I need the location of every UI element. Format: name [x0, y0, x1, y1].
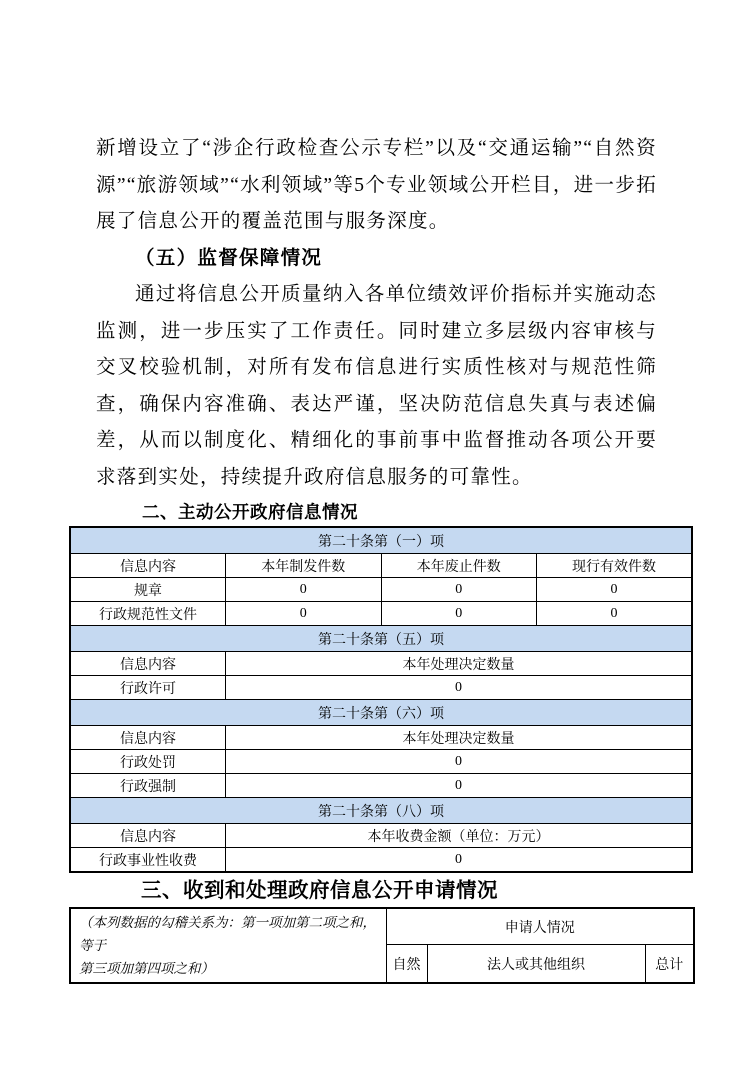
table-row: 行政规范性文件 0 0 0: [70, 602, 692, 626]
row-label-cell: 行政规范性文件: [70, 602, 226, 626]
row-label-cell: 行政处罚: [70, 750, 226, 774]
value-cell: 0: [226, 750, 693, 774]
row-label-cell: 行政强制: [70, 774, 226, 798]
column-header-cell: 本年处理决定数量: [226, 726, 693, 750]
note-line: 第三项加第四项之和）: [79, 957, 380, 980]
subheading-supervision: （五）监督保障情况: [96, 241, 657, 278]
value-cell: 0: [226, 774, 693, 798]
table-row: 第二十条第（五）项: [70, 626, 692, 652]
column-header-cell: 信息内容: [70, 824, 226, 848]
table-row: 信息内容 本年制发件数 本年废止件数 现行有效件数: [70, 554, 692, 578]
table-active-disclosure: 第二十条第（一）项 信息内容 本年制发件数 本年废止件数 现行有效件数 规章 0…: [69, 526, 693, 873]
row-label-cell: 行政事业性收费: [70, 848, 226, 873]
subheader-total-cell: 总计: [645, 945, 694, 983]
table-row: 第二十条第（六）项: [70, 700, 692, 726]
paragraph-supervision-detail: 通过将信息公开质量纳入各单位绩效评价指标并实施动态监测，进一步压实了工作责任。同…: [96, 277, 657, 496]
value-cell: 0: [537, 578, 693, 602]
column-header-cell: 本年处理决定数量: [226, 652, 693, 676]
row-label-cell: 行政许可: [70, 676, 226, 700]
note-line: （本列数据的勾稽关系为：第一项加第二项之和，等于: [79, 911, 380, 957]
table-row: 行政许可 0: [70, 676, 692, 700]
value-cell: 0: [226, 602, 382, 626]
column-header-cell: 本年收费金额（单位：万元）: [226, 824, 693, 848]
heading-active-disclosure: 二、主动公开政府信息情况: [142, 499, 753, 525]
table-row: （本列数据的勾稽关系为：第一项加第二项之和，等于 第三项加第四项之和） 申请人情…: [70, 908, 694, 945]
column-header-cell: 信息内容: [70, 726, 226, 750]
subheader-legal-cell: 法人或其他组织: [427, 945, 645, 983]
section-title-cell: 第二十条第（六）项: [70, 700, 692, 726]
value-cell: 0: [226, 676, 693, 700]
document-page: 新增设立了“涉企行政检查公示专栏”以及“交通运输”“自然资源”“旅游领域”“水利…: [0, 0, 753, 1066]
table-row: 第二十条第（一）项: [70, 527, 692, 554]
section-title-cell: 第二十条第（一）项: [70, 527, 692, 554]
table-requests: （本列数据的勾稽关系为：第一项加第二项之和，等于 第三项加第四项之和） 申请人情…: [69, 907, 695, 984]
applicant-header-cell: 申请人情况: [386, 908, 694, 945]
value-cell: 0: [226, 578, 382, 602]
heading-requests-received: 三、收到和处理政府信息公开申请情况: [141, 877, 753, 904]
section-title-cell: 第二十条第（八）项: [70, 798, 692, 824]
value-cell: 0: [226, 848, 693, 873]
column-header-cell: 信息内容: [70, 554, 226, 578]
table-row: 信息内容 本年收费金额（单位：万元）: [70, 824, 692, 848]
value-cell: 0: [381, 602, 537, 626]
table-row: 行政事业性收费 0: [70, 848, 692, 873]
column-header-cell: 本年废止件数: [381, 554, 537, 578]
column-header-cell: 本年制发件数: [226, 554, 382, 578]
table-row: 行政强制 0: [70, 774, 692, 798]
table-row: 规章 0 0 0: [70, 578, 692, 602]
note-cell: （本列数据的勾稽关系为：第一项加第二项之和，等于 第三项加第四项之和）: [70, 908, 386, 983]
subheader-natural-cell: 自然: [386, 945, 427, 983]
column-header-cell: 现行有效件数: [537, 554, 693, 578]
section-title-cell: 第二十条第（五）项: [70, 626, 692, 652]
table-row: 第二十条第（八）项: [70, 798, 692, 824]
table-row: 信息内容 本年处理决定数量: [70, 726, 692, 750]
table-row: 信息内容 本年处理决定数量: [70, 652, 692, 676]
paragraph-columns-expansion: 新增设立了“涉企行政检查公示专栏”以及“交通运输”“自然资源”“旅游领域”“水利…: [96, 0, 657, 241]
row-label-cell: 规章: [70, 578, 226, 602]
value-cell: 0: [381, 578, 537, 602]
table-row: 行政处罚 0: [70, 750, 692, 774]
column-header-cell: 信息内容: [70, 652, 226, 676]
value-cell: 0: [537, 602, 693, 626]
